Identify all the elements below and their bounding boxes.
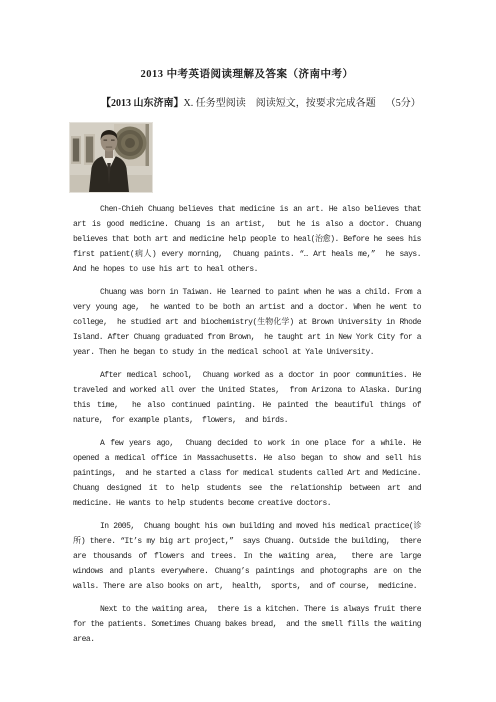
passage-paragraph-1: Chen-Chieh Chuang believes that medicine… [73, 202, 421, 277]
section-source-tag: 【2013 山东济南】 [101, 98, 184, 109]
section-header: 【2013 山东济南】X. 任务型阅读 阅读短文，按要求完成各题 （5分） [73, 94, 421, 109]
passage-paragraph-5: In 2005, Chuang bought his own building … [73, 519, 421, 594]
passage-paragraph-6: Next to the waiting area, there is a kit… [73, 602, 421, 647]
passage-paragraph-3: After medical school, Chuang worked as a… [73, 368, 421, 428]
reading-passage: Chen-Chieh Chuang believes that medicine… [73, 202, 421, 647]
section-instructions: X. 任务型阅读 阅读短文，按要求完成各题 （5分） [184, 98, 421, 109]
document-title: 2013 中考英语阅读理解及答案（济南中考） [73, 66, 421, 81]
portrait-photo [70, 123, 152, 192]
document-page: 2013 中考英语阅读理解及答案（济南中考） 【2013 山东济南】X. 任务型… [0, 0, 496, 702]
passage-paragraph-4: A few years ago, Chuang decided to work … [73, 436, 421, 511]
passage-paragraph-2: Chuang was born in Taiwan. He learned to… [73, 285, 421, 360]
